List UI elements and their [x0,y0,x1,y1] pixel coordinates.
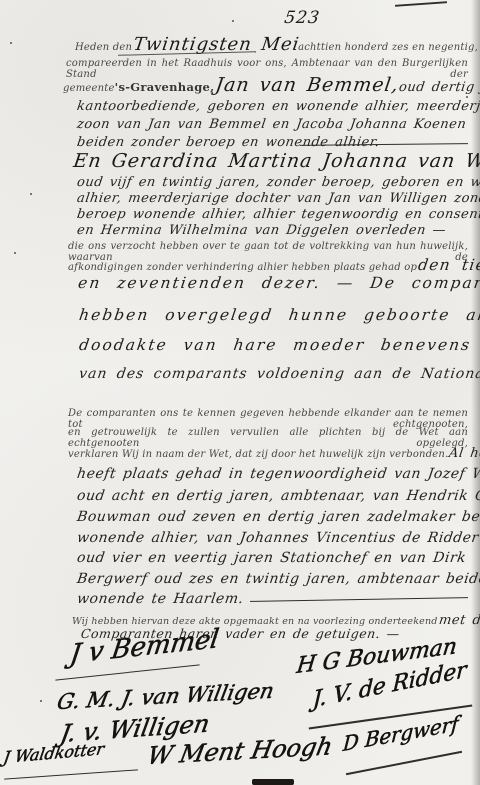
line-declaration-3: verklaren Wij in naam der Wet, dat zij d… [68,446,470,461]
scan-edge-shadow [471,0,480,785]
printed-heden-den: Heden den [75,42,132,53]
line-witness-6: Bergwerf oud zes en twintig jaren, ambte… [76,571,480,587]
line-groom: gemeente 's-Gravenhage, Jan van Bemmel, … [63,74,470,96]
signature-bride: G. M. J. van Willigen [55,678,276,714]
filler-rule-2 [250,597,468,602]
line-groom-2: kantoorbediende, geboren en wonende alhi… [76,99,480,114]
signature-witness-bergwerf: D Bergwerf [342,711,459,756]
line-bride-5: en Hermina Wilhelmina van Diggelen overl… [76,223,447,238]
hand-den-tienden: den tienden [417,256,480,274]
line-block-3: doodakte van hare moeder benevens het ce… [78,336,480,354]
line-witness-4: wonende alhier, van Johannes Vincentius … [76,530,480,546]
hand-al-hetwelk: Al hetwelk [448,446,480,461]
ink-speck [30,193,32,195]
signature-official-ink-blob [252,779,294,785]
signature-waldkotter-flourish [4,769,138,779]
document-page: 523 Heden den Twintigsten Mei achttien h… [0,0,480,785]
line-block-1: en zeventienden dezer. — De comparanten [77,274,480,292]
signature-bergwerf-flourish [346,751,462,775]
ink-speck [466,96,468,98]
printed-gravenhage: 's-Gravenhage, [115,80,215,94]
ink-speck [10,42,12,44]
line-witness-7: wonende te Haarlem. [76,591,245,607]
printed-verklaren: verklaren Wij in naam der Wet, dat zij d… [68,449,448,460]
hand-groom-name: Jan van Bemmel, [214,74,400,96]
line-groom-3: zoon van Jan van Bemmel en Jacoba Johann… [76,117,467,132]
ink-speck [14,252,16,254]
line-witness-2: oud acht en dertig jaren, ambtenaar, van… [76,488,480,504]
line-groom-4: beiden zonder beroep en wonende alhier. [76,135,381,150]
corner-pen-stroke [395,1,447,7]
hand-groom-age: oud dertig jaren [398,80,480,95]
line-bride-3: alhier, meerderjarige dochter van Jan va… [76,191,480,206]
line-witness-3: Bouwman oud zeven en dertig jaren zadelm… [76,509,480,525]
signature-witness-waldkotter: J Waldkotter [2,739,105,767]
ink-speck [232,20,234,22]
printed-year: achttien honderd zes en negentig, [298,42,478,53]
ink-speck [40,700,42,702]
printed-gemeente: gemeente [63,83,115,94]
line-block-2: hebben overgelegd hunne geboorte akten, … [78,306,480,324]
line-bride-name: En Gerardina Martina Johanna van Willige… [72,150,480,172]
line-block-4: van des comparants voldoening aan de Nat… [78,366,480,382]
hand-met-de: met de [438,613,480,628]
line-witness-1: heeft plaats gehad in tegenwoordigheid v… [76,466,480,482]
line-request-2: afkondigingen zonder verhindering alhier… [68,256,468,274]
line-witness-5: oud vier en veertig jaren Stationchef en… [76,550,467,566]
line-date: Heden den Twintigsten Mei achttien honde… [75,34,470,55]
act-number-value: 523 [283,8,321,28]
printed-afkondigingen: afkondigingen zonder verhindering alhier… [68,262,417,273]
line-bride-2: oud vijf en twintig jaren, zonder beroep… [76,175,480,190]
line-bride-4: beroep wonende alhier, alhier tegenwoord… [76,207,480,222]
